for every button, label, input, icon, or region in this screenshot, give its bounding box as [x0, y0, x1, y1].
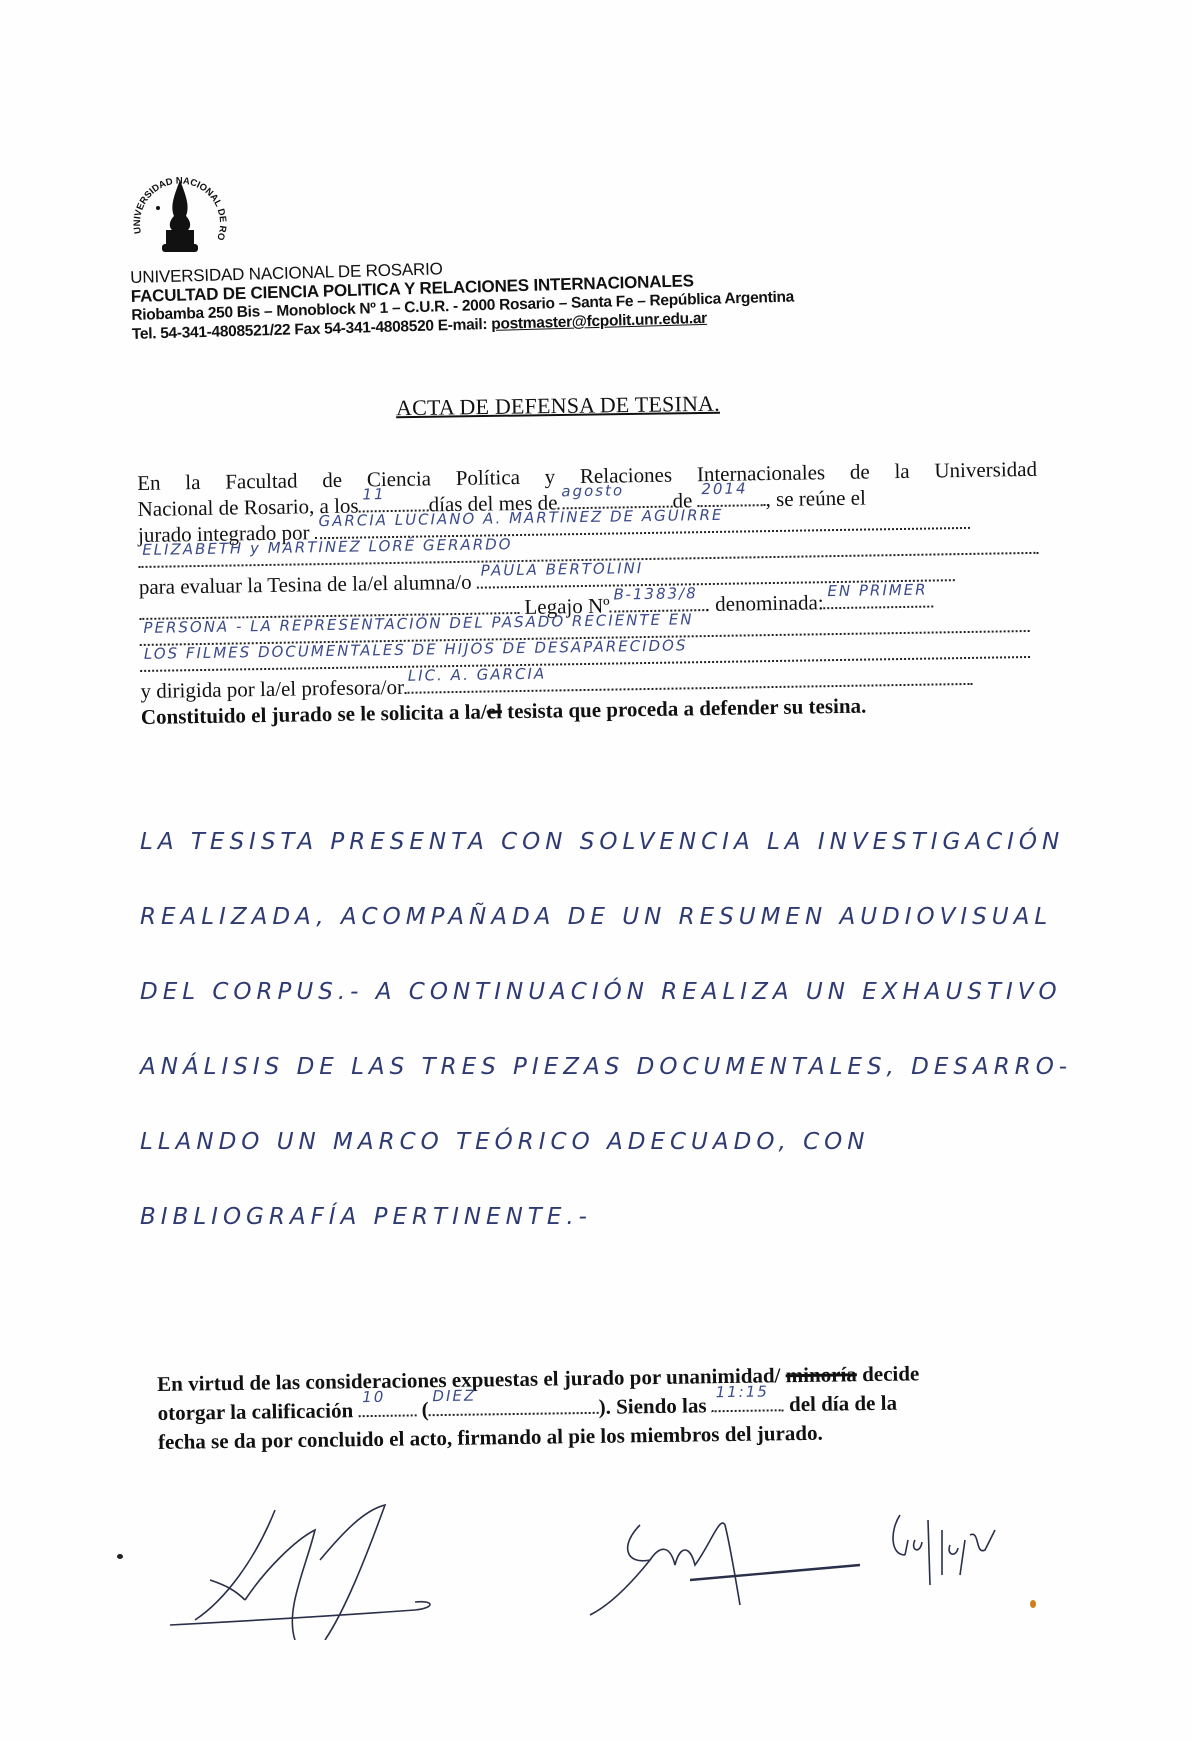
director-field: LIC. A. GARCIA: [404, 665, 972, 694]
text-se-reune: , se reúne el: [765, 486, 866, 512]
signature-2: [580, 1505, 920, 1625]
remark-line: LLANDO UN MARCO TEÓRICO ADECUADO, CON: [140, 1105, 1120, 1180]
denominada-label: . denominada:: [704, 590, 823, 616]
document-title: ACTA DE DEFENSA DE TESINA.: [396, 391, 720, 422]
month-value: agosto: [561, 477, 624, 504]
remark-line: BIBLIOGRAFÍA PERTINENTE.-: [140, 1180, 1120, 1255]
thesis-title-value-1: EN PRIMER: [827, 577, 928, 605]
student-value: PAULA BERTOLINI: [480, 555, 643, 584]
ink-speck: [1030, 1600, 1036, 1608]
letterhead: UNIVERSIDAD NACIONAL DE ROSARIO FACULTAD…: [130, 244, 992, 344]
signature-1: [115, 1500, 575, 1640]
grade-words-field: DIEZ: [428, 1394, 598, 1416]
grade-number-value: 10: [362, 1383, 385, 1412]
remark-line: REALIZADA, ACOMPAÑADA DE UN RESUMEN AUDI…: [140, 880, 1120, 955]
signature-3: [880, 1500, 1060, 1590]
form-word: En: [137, 470, 161, 496]
constituted-text-b: tesista que proceda a defender su tesina…: [502, 694, 867, 724]
time-value: 11:15: [715, 1377, 769, 1407]
grade-number-field: 10: [358, 1396, 416, 1417]
form-word: la: [185, 469, 201, 495]
remark-line: LA TESISTA PRESENTA CON SOLVENCIA LA INV…: [140, 805, 1120, 880]
form-word: la: [894, 458, 910, 484]
form-word: Universidad: [934, 456, 1037, 484]
form-word: y: [544, 463, 555, 489]
form-word: Facultad: [225, 467, 298, 494]
grade-label: otorgar la calificación: [157, 1398, 358, 1425]
legajo-value: B-1383/8: [613, 580, 698, 607]
verdict-text-d: del día de la: [784, 1391, 898, 1417]
verdict-text-b: decide: [857, 1361, 920, 1386]
university-seal-logo: UNIVERSIDAD NACIONAL DE ROSARIO: [120, 158, 240, 268]
form-word: de: [850, 458, 870, 484]
verdict-paragraph: En virtud de las consideraciones expuest…: [157, 1357, 1058, 1457]
director-label: y dirigida por la/el profesora/or: [140, 675, 404, 703]
form-word: Política: [456, 464, 521, 491]
remark-line: DEL CORPUS.- A CONTINUACIÓN REALIZA UN E…: [140, 955, 1120, 1030]
defense-form: EnlaFacultaddeCienciaPolíticayRelaciones…: [137, 456, 1041, 730]
thesis-title-field-1: EN PRIMER: [823, 588, 933, 610]
grade-words-value: DIEZ: [432, 1382, 476, 1412]
paren-open: (: [416, 1397, 429, 1421]
struck-el: el: [487, 699, 503, 723]
handwritten-remarks: LA TESISTA PRESENTA CON SOLVENCIA LA INV…: [140, 805, 1120, 1255]
email-link[interactable]: postmaster@fcpolit.unr.edu.ar: [491, 310, 707, 333]
constituted-text-a: Constituido el jurado se le solicita a l…: [141, 700, 487, 729]
time-field: 11:15: [712, 1391, 784, 1412]
jury-value-1: GARCIA LUCIANO A. MARTINEZ DE AGUIRRE: [318, 502, 723, 534]
struck-minoria: minoría: [786, 1362, 858, 1387]
director-value: LIC. A. GARCIA: [408, 661, 547, 689]
time-label: ). Siendo las: [598, 1393, 712, 1419]
scanned-document-page: UNIVERSIDAD NACIONAL DE ROSARIO UNIVERSI…: [0, 0, 1193, 1741]
remark-line: ANÁLISIS DE LAS TRES PIEZAS DOCUMENTALES…: [140, 1030, 1120, 1105]
jury-value-2: ELIZABETH y MARTINEZ LORÉ GERARDO: [142, 531, 513, 563]
day-value: 11: [362, 481, 385, 507]
year-value: 2014: [701, 475, 748, 502]
ink-speck: [117, 1554, 123, 1559]
form-word: de: [322, 467, 342, 493]
